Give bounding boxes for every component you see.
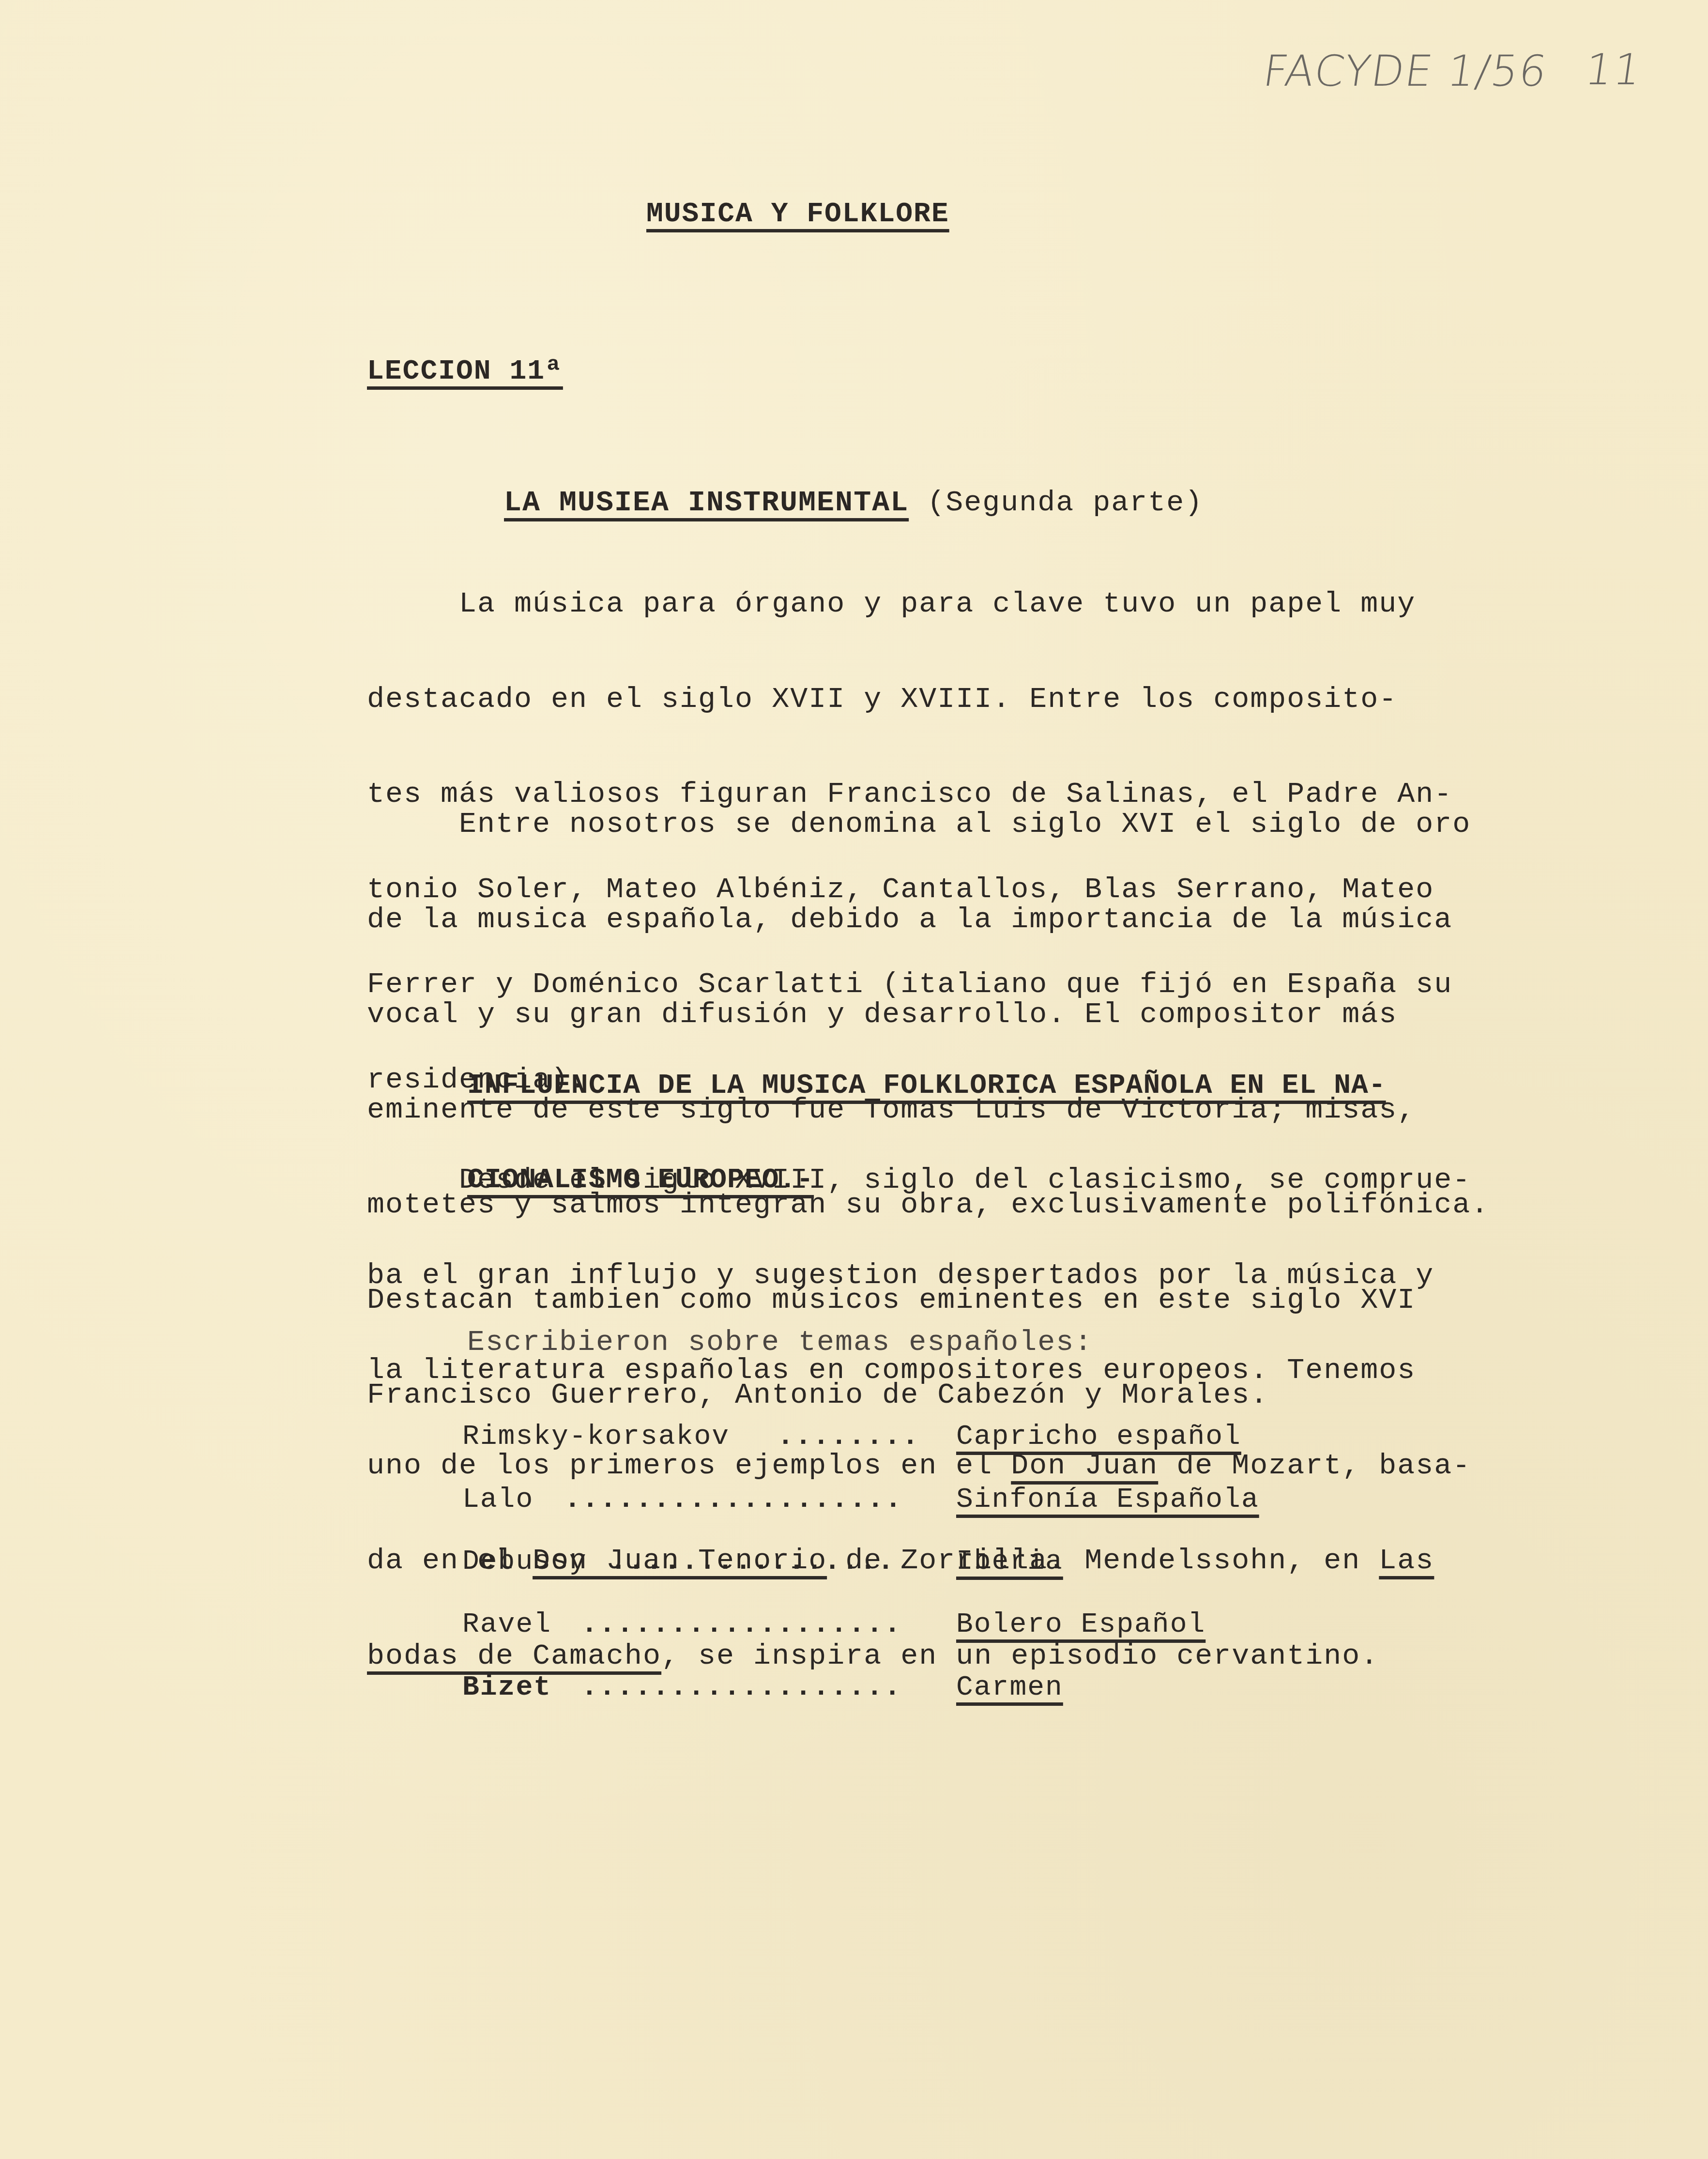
composer-name: Bizet [462,1672,551,1703]
list-intro: Escribieron sobre temas españoles: [467,1327,1093,1359]
document-title: MUSICA Y FOLKLORE [646,199,949,230]
list-item: Lalo ................... Sinfonía Españo… [462,1484,534,1518]
work-title: Iberia [956,1546,1063,1577]
composer-name: Debussy [462,1546,587,1577]
work-title: Carmen [956,1672,1063,1703]
list-item: Rimsky-korsakov ........ Capricho españo… [462,1421,534,1455]
composer-name: Lalo [462,1484,534,1516]
section-heading-text: LA MUSIEA INSTRUMENTAL [504,487,909,520]
section-subheading: (Segunda parte) [909,487,1203,520]
leader-dots: ................... [564,1484,902,1516]
work-title: Capricho español [956,1421,1241,1453]
text-run: de Mozart, basa- [1158,1450,1471,1483]
leader-dots: ................ [610,1546,895,1577]
paragraph-line: ba el gran influjo y sugestion despertad… [367,1260,1471,1292]
work-title-las-bodas: Las [1379,1545,1434,1577]
leader-dots: .................. [581,1672,902,1703]
text-run: , se inspira en un episodio cervantino. [661,1640,1379,1673]
work-title-don-juan: Don Juan [1011,1450,1158,1483]
leader-dots: ........ [777,1421,919,1453]
paragraph-line: la literatura españolas en compositores … [367,1355,1471,1387]
composer-name: Rimsky-korsakov [462,1421,730,1453]
list-item: Debussy ................ Iberia [462,1546,534,1580]
text-run: de Zorrilla. Mendelssohn, en [827,1545,1379,1577]
paragraph-line: La música para órgano y para clave tuvo … [367,589,1452,621]
section-heading-line: INFLUENCIA DE LA MUSICA FOLKLORICA ESPAÑ… [467,1070,1386,1102]
work-title: Sinfonía Española [956,1484,1259,1516]
paragraph-line: Entre nosotros se denomina al siglo XVI … [367,809,1489,841]
list-item: Ravel .................. Bolero Español [462,1609,534,1643]
archive-reference-code: FACYDE 1/56 [1260,46,1551,96]
leader-dots: .................. [581,1609,902,1640]
lesson-heading: LECCION 11ª [367,356,563,388]
list-item: Bizet .................. Carmen [462,1672,534,1706]
paragraph-line: Desde el siglo XVIII, siglo del clasicis… [367,1165,1471,1197]
work-title: Bolero Español [956,1609,1205,1640]
composer-name: Ravel [462,1609,551,1640]
paragraph-line: de la musica española, debido a la impor… [367,904,1489,936]
paragraph-line: destacado en el siglo XVII y XVIII. Entr… [367,684,1452,716]
section-heading-instrumental: LA MUSIEA INSTRUMENTAL (Segunda parte) [467,455,1203,519]
page-number: 11 [1582,45,1645,94]
